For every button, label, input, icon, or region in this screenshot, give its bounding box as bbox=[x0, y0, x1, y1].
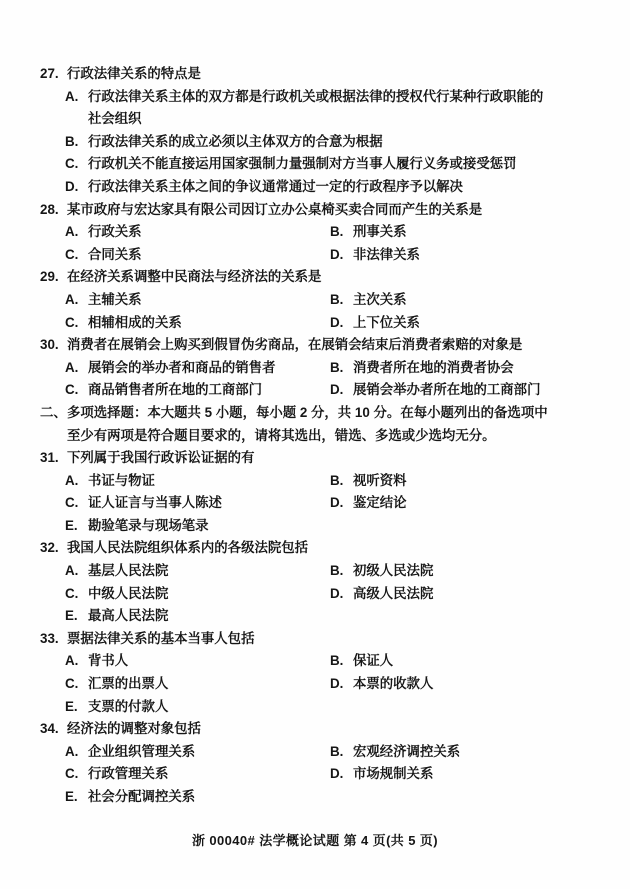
option-text: 刑事关系 bbox=[353, 221, 407, 244]
option-text: 初级人民法院 bbox=[353, 560, 433, 583]
option-text: 展销会举办者所在地的工商部门 bbox=[353, 379, 540, 402]
option-label: A. bbox=[65, 221, 88, 244]
option-text: 汇票的出票人 bbox=[88, 673, 168, 696]
question-32: 32. 我国人民法院组织体系内的各级法院包括 A. 基层人民法院 B. 初级人民… bbox=[40, 537, 592, 627]
question-number: 29. bbox=[40, 266, 67, 289]
option-label: A. bbox=[65, 470, 88, 493]
option-label: A. bbox=[65, 741, 88, 764]
option-label: C. bbox=[65, 583, 88, 606]
question-stem-row: 27. 行政法律关系的特点是 bbox=[40, 63, 592, 86]
option-text: 展销会的举办者和商品的销售者 bbox=[88, 357, 275, 380]
option: A. 展销会的举办者和商品的销售者 bbox=[65, 357, 330, 380]
option-text: 商品销售者所在地的工商部门 bbox=[88, 379, 262, 402]
option: E. 社会分配调控关系 bbox=[65, 786, 592, 809]
question-34: 34. 经济法的调整对象包括 A. 企业组织管理关系 B. 宏观经济调控关系 C… bbox=[40, 718, 592, 808]
option-label: C. bbox=[65, 763, 88, 786]
option-label: A. bbox=[65, 560, 88, 583]
option: D. 本票的收款人 bbox=[330, 673, 592, 696]
option: A. 基层人民法院 bbox=[65, 560, 330, 583]
option-label: E. bbox=[65, 605, 88, 628]
option-text: 证人证言与当事人陈述 bbox=[88, 492, 222, 515]
option-text: 行政关系 bbox=[88, 221, 142, 244]
option-text: 基层人民法院 bbox=[88, 560, 168, 583]
option-label: D. bbox=[330, 379, 353, 402]
option-label: D. bbox=[330, 244, 353, 267]
option: A. 背书人 bbox=[65, 650, 330, 673]
option-label: B. bbox=[65, 131, 88, 154]
option: B. 主次关系 bbox=[330, 289, 592, 312]
option-text: 社会分配调控关系 bbox=[88, 786, 195, 809]
question-number: 28. bbox=[40, 199, 67, 222]
question-stem-row: 28. 某市政府与宏达家具有限公司因订立办公桌椅买卖合同而产生的关系是 bbox=[40, 199, 592, 222]
option-label: B. bbox=[330, 289, 353, 312]
option-label: D. bbox=[65, 176, 88, 199]
option-label: E. bbox=[65, 786, 88, 809]
question-number: 32. bbox=[40, 537, 67, 560]
section-instructions-line2: 至少有两项是符合题目要求的，请将其选出，错选、多选或少选均无分。 bbox=[67, 425, 592, 448]
option-text: 视听资料 bbox=[353, 470, 407, 493]
option: E. 最高人民法院 bbox=[65, 605, 592, 628]
option-text: 非法律关系 bbox=[353, 244, 420, 267]
option: B. 消费者所在地的消费者协会 bbox=[330, 357, 592, 380]
question-number: 30. bbox=[40, 334, 67, 357]
option: B. 宏观经济调控关系 bbox=[330, 741, 592, 764]
question-stem: 我国人民法院组织体系内的各级法院包括 bbox=[67, 537, 592, 560]
section-2-header: 二、 多项选择题：本大题共 5 小题，每小题 2 分，共 10 分。在每小题列出… bbox=[40, 402, 592, 447]
question-stem: 消费者在展销会上购买到假冒伪劣商品，在展销会结束后消费者索赔的对象是 bbox=[67, 334, 592, 357]
question-stem-row: 30. 消费者在展销会上购买到假冒伪劣商品，在展销会结束后消费者索赔的对象是 bbox=[40, 334, 592, 357]
option-label: D. bbox=[330, 312, 353, 335]
options-grid: A. 企业组织管理关系 B. 宏观经济调控关系 C. 行政管理关系 D. 市场规… bbox=[65, 741, 592, 809]
exam-paper-page: 27. 行政法律关系的特点是 A. 行政法律关系主体的双方都是行政机关或根据法律… bbox=[0, 0, 630, 889]
option: A. 行政法律关系主体的双方都是行政机关或根据法律的授权代行某种行政职能的社会组… bbox=[40, 86, 592, 131]
option-label: A. bbox=[65, 86, 88, 131]
option-label: C. bbox=[65, 312, 88, 335]
option-text: 书证与物证 bbox=[88, 470, 155, 493]
option-text: 背书人 bbox=[88, 650, 128, 673]
option-text: 行政管理关系 bbox=[88, 763, 168, 786]
option: D. 鉴定结论 bbox=[330, 492, 592, 515]
option-text: 行政法律关系的成立必须以主体双方的合意为根据 bbox=[88, 131, 383, 154]
option-label: D. bbox=[330, 583, 353, 606]
question-stem-row: 29. 在经济关系调整中民商法与经济法的关系是 bbox=[40, 266, 592, 289]
question-31: 31. 下列属于我国行政诉讼证据的有 A. 书证与物证 B. 视听资料 C. 证… bbox=[40, 447, 592, 537]
question-stem: 经济法的调整对象包括 bbox=[67, 718, 592, 741]
option: C. 合同关系 bbox=[65, 244, 330, 267]
question-30: 30. 消费者在展销会上购买到假冒伪劣商品，在展销会结束后消费者索赔的对象是 A… bbox=[40, 334, 592, 402]
options-grid: A. 背书人 B. 保证人 C. 汇票的出票人 D. 本票的收款人 E. 支 bbox=[65, 650, 592, 718]
option: D. 市场规制关系 bbox=[330, 763, 592, 786]
option-label: A. bbox=[65, 289, 88, 312]
options-grid: A. 行政关系 B. 刑事关系 C. 合同关系 D. 非法律关系 bbox=[65, 221, 592, 266]
options-grid: A. 主辅关系 B. 主次关系 C. 相辅相成的关系 D. 上下位关系 bbox=[65, 289, 592, 334]
question-stem: 在经济关系调整中民商法与经济法的关系是 bbox=[67, 266, 592, 289]
option-text: 相辅相成的关系 bbox=[88, 312, 182, 335]
option: A. 书证与物证 bbox=[65, 470, 330, 493]
option-label: D. bbox=[330, 763, 353, 786]
option-label: B. bbox=[330, 560, 353, 583]
option: D. 行政法律关系主体之间的争议通常通过一定的行政程序予以解决 bbox=[40, 176, 592, 199]
option: B. 保证人 bbox=[330, 650, 592, 673]
option-label: B. bbox=[330, 470, 353, 493]
options-grid: A. 书证与物证 B. 视听资料 C. 证人证言与当事人陈述 D. 鉴定结论 E… bbox=[65, 470, 592, 538]
option-text: 支票的付款人 bbox=[88, 696, 168, 719]
option: B. 视听资料 bbox=[330, 470, 592, 493]
option: C. 中级人民法院 bbox=[65, 583, 330, 606]
question-stem: 某市政府与宏达家具有限公司因订立办公桌椅买卖合同而产生的关系是 bbox=[67, 199, 592, 222]
option: B. 初级人民法院 bbox=[330, 560, 592, 583]
question-28: 28. 某市政府与宏达家具有限公司因订立办公桌椅买卖合同而产生的关系是 A. 行… bbox=[40, 199, 592, 267]
option: C. 相辅相成的关系 bbox=[65, 312, 330, 335]
option-label: D. bbox=[330, 492, 353, 515]
option-text: 保证人 bbox=[353, 650, 393, 673]
option-text: 宏观经济调控关系 bbox=[353, 741, 460, 764]
option-text: 行政法律关系主体的双方都是行政机关或根据法律的授权代行某种行政职能的社会组织 bbox=[88, 86, 546, 131]
option-label: B. bbox=[330, 741, 353, 764]
option: D. 高级人民法院 bbox=[330, 583, 592, 606]
question-stem-row: 32. 我国人民法院组织体系内的各级法院包括 bbox=[40, 537, 592, 560]
option: A. 行政关系 bbox=[65, 221, 330, 244]
option-label: E. bbox=[65, 515, 88, 538]
option-label: D. bbox=[330, 673, 353, 696]
question-33: 33. 票据法律关系的基本当事人包括 A. 背书人 B. 保证人 C. 汇票的出… bbox=[40, 628, 592, 718]
option-text: 企业组织管理关系 bbox=[88, 741, 195, 764]
section-instructions: 多项选择题：本大题共 5 小题，每小题 2 分，共 10 分。在每小题列出的备选… bbox=[67, 402, 592, 447]
option: C. 商品销售者所在地的工商部门 bbox=[65, 379, 330, 402]
option-label: C. bbox=[65, 492, 88, 515]
option-text: 中级人民法院 bbox=[88, 583, 168, 606]
option: D. 上下位关系 bbox=[330, 312, 592, 335]
option: D. 非法律关系 bbox=[330, 244, 592, 267]
option-label: A. bbox=[65, 357, 88, 380]
option-text: 市场规制关系 bbox=[353, 763, 433, 786]
option-text: 主次关系 bbox=[353, 289, 407, 312]
option: B. 刑事关系 bbox=[330, 221, 592, 244]
option-text: 上下位关系 bbox=[353, 312, 420, 335]
option-label: C. bbox=[65, 379, 88, 402]
option-label: B. bbox=[330, 221, 353, 244]
question-stem: 行政法律关系的特点是 bbox=[67, 63, 592, 86]
option-label: C. bbox=[65, 153, 88, 176]
option-text: 最高人民法院 bbox=[88, 605, 168, 628]
option: D. 展销会举办者所在地的工商部门 bbox=[330, 379, 592, 402]
question-stem: 票据法律关系的基本当事人包括 bbox=[67, 628, 592, 651]
option-text: 高级人民法院 bbox=[353, 583, 433, 606]
options-grid: A. 展销会的举办者和商品的销售者 B. 消费者所在地的消费者协会 C. 商品销… bbox=[65, 357, 592, 402]
question-number: 31. bbox=[40, 447, 67, 470]
question-stem-row: 33. 票据法律关系的基本当事人包括 bbox=[40, 628, 592, 651]
option-text: 本票的收款人 bbox=[353, 673, 433, 696]
option-text: 行政法律关系主体之间的争议通常通过一定的行政程序予以解决 bbox=[88, 176, 463, 199]
option: C. 汇票的出票人 bbox=[65, 673, 330, 696]
option-label: C. bbox=[65, 673, 88, 696]
option: B. 行政法律关系的成立必须以主体双方的合意为根据 bbox=[40, 131, 592, 154]
section-instructions-line1: 多项选择题：本大题共 5 小题，每小题 2 分，共 10 分。在每小题列出的备选… bbox=[67, 405, 548, 420]
section-number: 二、 bbox=[40, 402, 67, 447]
option-text: 勘验笔录与现场笔录 bbox=[88, 515, 209, 538]
page-footer: 浙 00040# 法学概论试题 第 4 页(共 5 页) bbox=[0, 830, 630, 853]
option: E. 勘验笔录与现场笔录 bbox=[65, 515, 592, 538]
page-content: 27. 行政法律关系的特点是 A. 行政法律关系主体的双方都是行政机关或根据法律… bbox=[40, 63, 592, 809]
question-stem-row: 34. 经济法的调整对象包括 bbox=[40, 718, 592, 741]
option-text: 合同关系 bbox=[88, 244, 142, 267]
options-grid: A. 基层人民法院 B. 初级人民法院 C. 中级人民法院 D. 高级人民法院 … bbox=[65, 560, 592, 628]
question-number: 34. bbox=[40, 718, 67, 741]
question-stem-row: 31. 下列属于我国行政诉讼证据的有 bbox=[40, 447, 592, 470]
option-label: B. bbox=[330, 357, 353, 380]
option: E. 支票的付款人 bbox=[65, 696, 592, 719]
option-text: 行政机关不能直接运用国家强制力量强制对方当事人履行义务或接受惩罚 bbox=[88, 153, 517, 176]
option-label: E. bbox=[65, 696, 88, 719]
question-number: 27. bbox=[40, 63, 67, 86]
option: C. 证人证言与当事人陈述 bbox=[65, 492, 330, 515]
option-text: 主辅关系 bbox=[88, 289, 142, 312]
question-27: 27. 行政法律关系的特点是 A. 行政法律关系主体的双方都是行政机关或根据法律… bbox=[40, 63, 592, 199]
option: A. 主辅关系 bbox=[65, 289, 330, 312]
option-label: A. bbox=[65, 650, 88, 673]
option: C. 行政机关不能直接运用国家强制力量强制对方当事人履行义务或接受惩罚 bbox=[40, 153, 592, 176]
option: C. 行政管理关系 bbox=[65, 763, 330, 786]
question-29: 29. 在经济关系调整中民商法与经济法的关系是 A. 主辅关系 B. 主次关系 … bbox=[40, 266, 592, 334]
option-label: C. bbox=[65, 244, 88, 267]
question-stem: 下列属于我国行政诉讼证据的有 bbox=[67, 447, 592, 470]
question-number: 33. bbox=[40, 628, 67, 651]
option-label: B. bbox=[330, 650, 353, 673]
option: A. 企业组织管理关系 bbox=[65, 741, 330, 764]
option-text: 鉴定结论 bbox=[353, 492, 407, 515]
option-text: 消费者所在地的消费者协会 bbox=[353, 357, 514, 380]
